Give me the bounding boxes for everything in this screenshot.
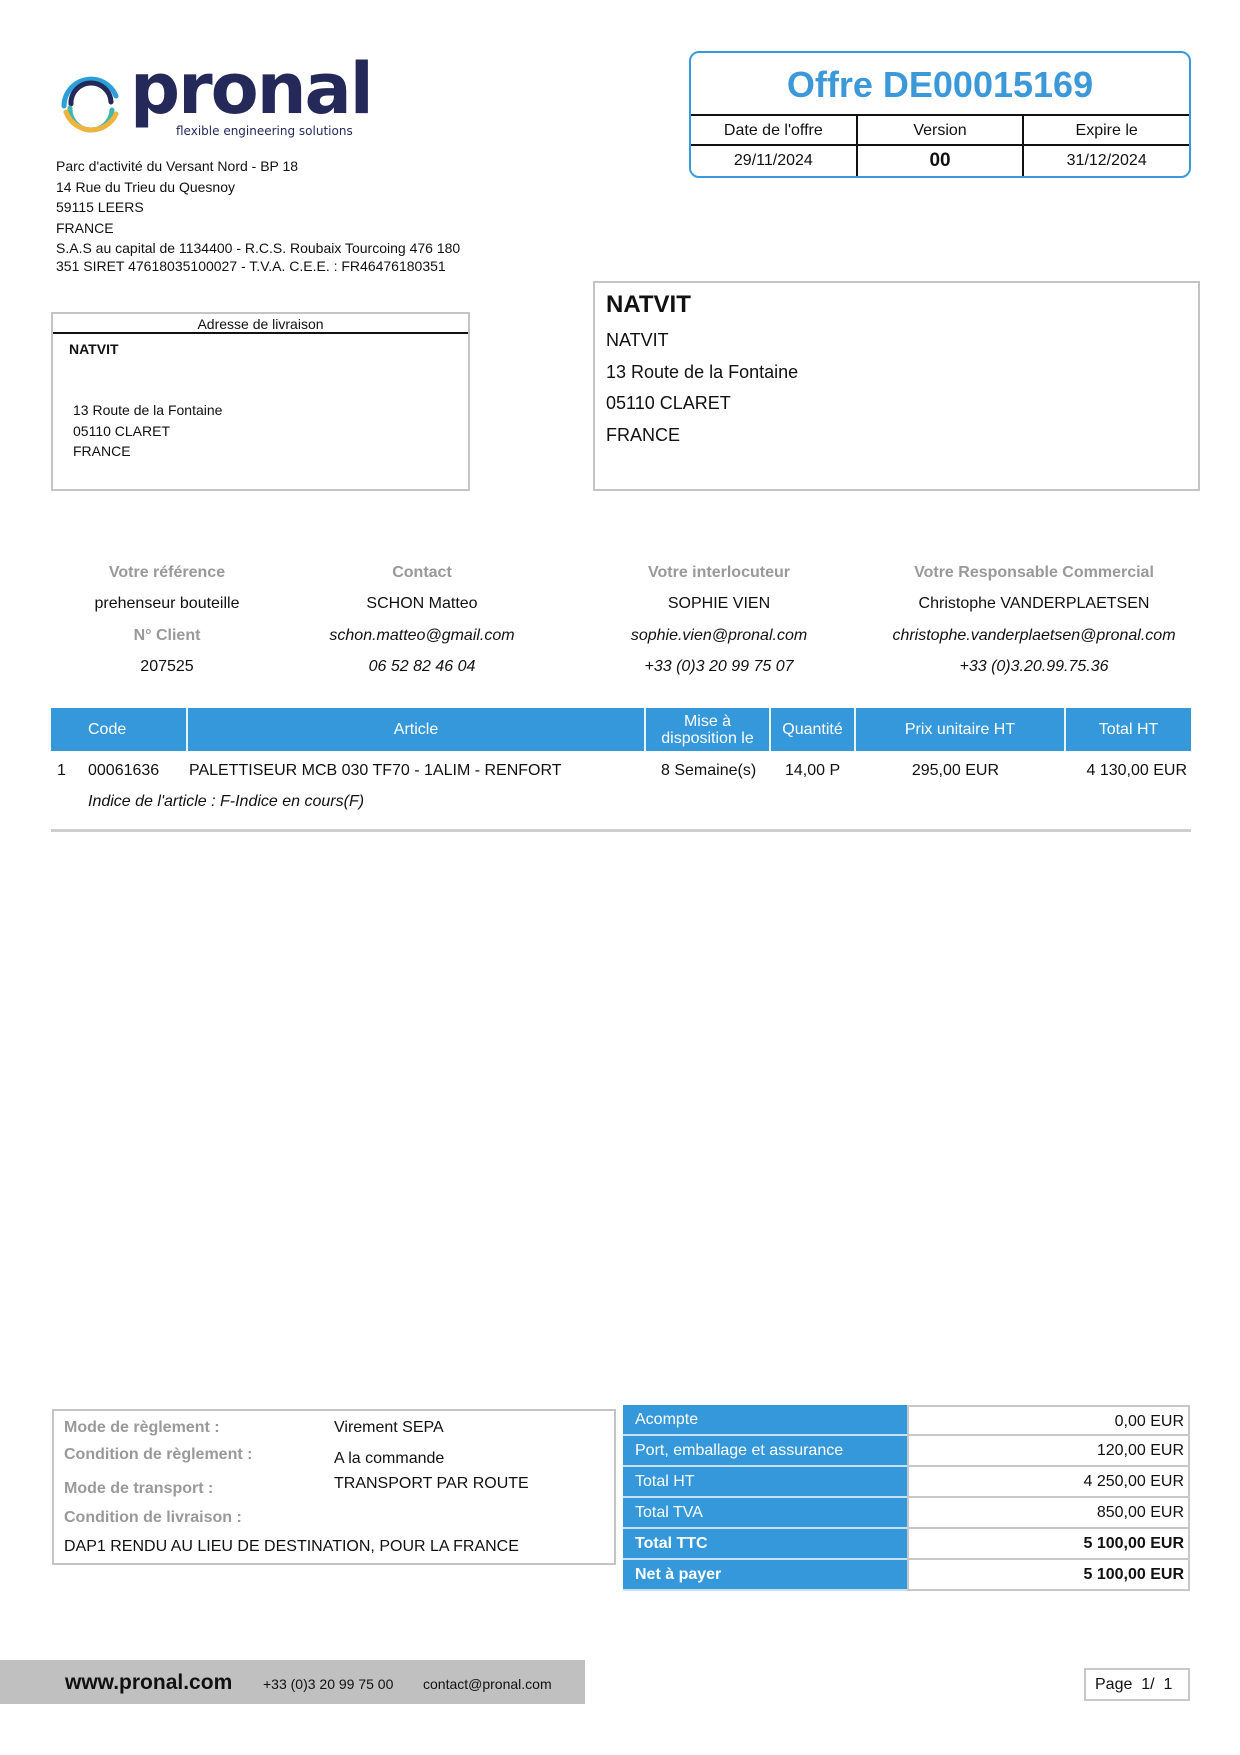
transport-value: TRANSPORT PAR ROUTE xyxy=(334,1475,529,1493)
transport-label: Mode de transport : xyxy=(64,1480,213,1498)
contact-phone: 06 52 82 46 04 xyxy=(312,651,532,682)
billing-line: 13 Route de la Fontaine xyxy=(606,357,798,389)
delivery-condition-label: Condition de livraison : xyxy=(64,1509,242,1527)
address-line: 14 Rue du Trieu du Quesnoy xyxy=(56,177,460,198)
totals-value: 4 250,00 EUR xyxy=(907,1467,1190,1498)
column-header-article: Article xyxy=(188,708,646,751)
payment-method-label: Mode de règlement : xyxy=(64,1419,220,1437)
totals-value: 0,00 EUR xyxy=(907,1405,1190,1436)
item-article: PALETTISEUR MCB 030 TF70 - 1ALIM - RENFO… xyxy=(189,762,562,780)
billing-name: NATVIT xyxy=(606,291,691,319)
delivery-name: NATVIT xyxy=(69,341,119,357)
totals-table: Acompte0,00 EURPort, emballage et assura… xyxy=(623,1405,1190,1591)
contact-label: Contact xyxy=(312,557,532,588)
totals-label: Net à payer xyxy=(623,1560,907,1591)
company-logo: pronal flexible engineering solutions xyxy=(58,62,358,142)
footer-phone: +33 (0)3 20 99 75 00 xyxy=(263,1676,393,1692)
reference-column: Votre référence prehenseur bouteille N° … xyxy=(67,557,267,682)
sales-manager-column: Votre Responsable Commercial Christophe … xyxy=(878,557,1190,682)
billing-line: 05110 CLARET xyxy=(606,388,798,420)
item-quantity: 14,00 P xyxy=(785,762,840,780)
totals-row: Total TVA850,00 EUR xyxy=(623,1498,1190,1529)
sales-manager-email: christophe.vanderplaetsen@pronal.com xyxy=(878,620,1190,651)
offer-version-label: Version xyxy=(858,116,1025,144)
billing-address-box: NATVIT NATVIT 13 Route de la Fontaine 05… xyxy=(593,281,1200,491)
item-availability: 8 Semaine(s) xyxy=(661,762,756,780)
legal-line: 351 SIRET 47618035100027 - T.V.A. C.E.E.… xyxy=(56,258,460,274)
item-total: 4 130,00 EUR xyxy=(1086,762,1187,780)
totals-row: Total TTC5 100,00 EUR xyxy=(623,1529,1190,1560)
payment-condition-value: A la commande xyxy=(334,1450,444,1468)
totals-value: 5 100,00 EUR xyxy=(907,1560,1190,1591)
brand-name: pronal xyxy=(130,54,372,124)
delivery-address-heading: Adresse de livraison xyxy=(53,314,468,334)
column-header-quantity: Quantité xyxy=(771,708,856,751)
table-row: 1 00061636 PALETTISEUR MCB 030 TF70 - 1A… xyxy=(51,760,1191,790)
contact-name: SCHON Matteo xyxy=(312,588,532,619)
client-number-label: N° Client xyxy=(67,620,267,651)
delivery-line: FRANCE xyxy=(73,441,222,462)
offer-date-value: 29/11/2024 xyxy=(691,146,858,176)
interlocutor-column: Votre interlocuteur SOPHIE VIEN sophie.v… xyxy=(606,557,832,682)
address-line: FRANCE xyxy=(56,218,460,239)
offer-meta-headers: Date de l'offre Version Expire le xyxy=(691,116,1189,146)
items-table-header: Code Article Mise à disposition le Quant… xyxy=(51,708,1191,751)
payment-condition-label: Condition de règlement : xyxy=(64,1446,252,1464)
sales-manager-label: Votre Responsable Commercial xyxy=(878,557,1190,588)
column-header-total: Total HT xyxy=(1066,708,1191,751)
payment-terms-box: Mode de règlement : Virement SEPA Condit… xyxy=(52,1409,616,1565)
billing-line: NATVIT xyxy=(606,325,798,357)
billing-lines: NATVIT 13 Route de la Fontaine 05110 CLA… xyxy=(606,325,798,451)
totals-value: 5 100,00 EUR xyxy=(907,1529,1190,1560)
sales-manager-phone: +33 (0)3.20.99.75.36 xyxy=(878,651,1190,682)
totals-label: Port, emballage et assurance xyxy=(623,1436,907,1467)
totals-row: Net à payer5 100,00 EUR xyxy=(623,1560,1190,1591)
delivery-line: 05110 CLARET xyxy=(73,421,222,442)
offer-expiry-label: Expire le xyxy=(1024,116,1189,144)
delivery-line: 13 Route de la Fontaine xyxy=(73,400,222,421)
legal-line: S.A.S au capital de 1134400 - R.C.S. Rou… xyxy=(56,240,460,256)
delivery-condition-value: DAP1 RENDU AU LIEU DE DESTINATION, POUR … xyxy=(64,1538,519,1556)
address-line: Parc d'activité du Versant Nord - BP 18 xyxy=(56,156,460,177)
sales-manager-name: Christophe VANDERPLAETSEN xyxy=(878,588,1190,619)
interlocutor-name: SOPHIE VIEN xyxy=(606,588,832,619)
totals-row: Port, emballage et assurance120,00 EUR xyxy=(623,1436,1190,1467)
totals-value: 120,00 EUR xyxy=(907,1436,1190,1467)
totals-row: Acompte0,00 EUR xyxy=(623,1405,1190,1436)
offer-date-label: Date de l'offre xyxy=(691,116,858,144)
column-header-availability: Mise à disposition le xyxy=(646,708,771,751)
item-unit-price: 295,00 EUR xyxy=(912,762,999,780)
interlocutor-label: Votre interlocuteur xyxy=(606,557,832,588)
offer-header-box: Offre DE00015169 Date de l'offre Version… xyxy=(689,51,1191,178)
offer-meta-values: 29/11/2024 00 31/12/2024 xyxy=(691,146,1189,176)
offer-version-value: 00 xyxy=(858,146,1025,176)
totals-label: Total TVA xyxy=(623,1498,907,1529)
delivery-lines: 13 Route de la Fontaine 05110 CLARET FRA… xyxy=(73,400,222,462)
offer-expiry-value: 31/12/2024 xyxy=(1024,146,1189,176)
totals-label: Acompte xyxy=(623,1405,907,1436)
client-number-value: 207525 xyxy=(67,651,267,682)
column-header-code: Code xyxy=(51,708,188,751)
totals-value: 850,00 EUR xyxy=(907,1498,1190,1529)
billing-line: FRANCE xyxy=(606,420,798,452)
interlocutor-phone: +33 (0)3 20 99 75 07 xyxy=(606,651,832,682)
reference-label: Votre référence xyxy=(67,557,267,588)
reference-value: prehenseur bouteille xyxy=(67,588,267,619)
company-address: Parc d'activité du Versant Nord - BP 18 … xyxy=(56,156,460,274)
delivery-address-box: Adresse de livraison NATVIT 13 Route de … xyxy=(51,312,470,491)
address-line: 59115 LEERS xyxy=(56,197,460,218)
interlocutor-email: sophie.vien@pronal.com xyxy=(606,620,832,651)
column-header-unit-price: Prix unitaire HT xyxy=(856,708,1066,751)
totals-label: Total TTC xyxy=(623,1529,907,1560)
pronal-rings-icon xyxy=(58,72,124,138)
totals-row: Total HT4 250,00 EUR xyxy=(623,1467,1190,1498)
item-index: 1 xyxy=(57,762,66,780)
brand-tagline: flexible engineering solutions xyxy=(176,124,353,138)
payment-method-value: Virement SEPA xyxy=(334,1419,444,1437)
items-divider xyxy=(51,829,1191,832)
totals-label: Total HT xyxy=(623,1467,907,1498)
offer-title: Offre DE00015169 xyxy=(691,53,1189,116)
item-note: Indice de l'article : F-Indice en cours(… xyxy=(88,793,364,811)
contact-column: Contact SCHON Matteo schon.matteo@gmail.… xyxy=(312,557,532,682)
page-number: Page 1/ 1 xyxy=(1084,1668,1190,1701)
item-code: 00061636 xyxy=(88,762,159,780)
footer-website-link[interactable]: www.pronal.com xyxy=(65,1671,232,1695)
contact-email: schon.matteo@gmail.com xyxy=(312,620,532,651)
footer-email-link[interactable]: contact@pronal.com xyxy=(423,1676,552,1692)
